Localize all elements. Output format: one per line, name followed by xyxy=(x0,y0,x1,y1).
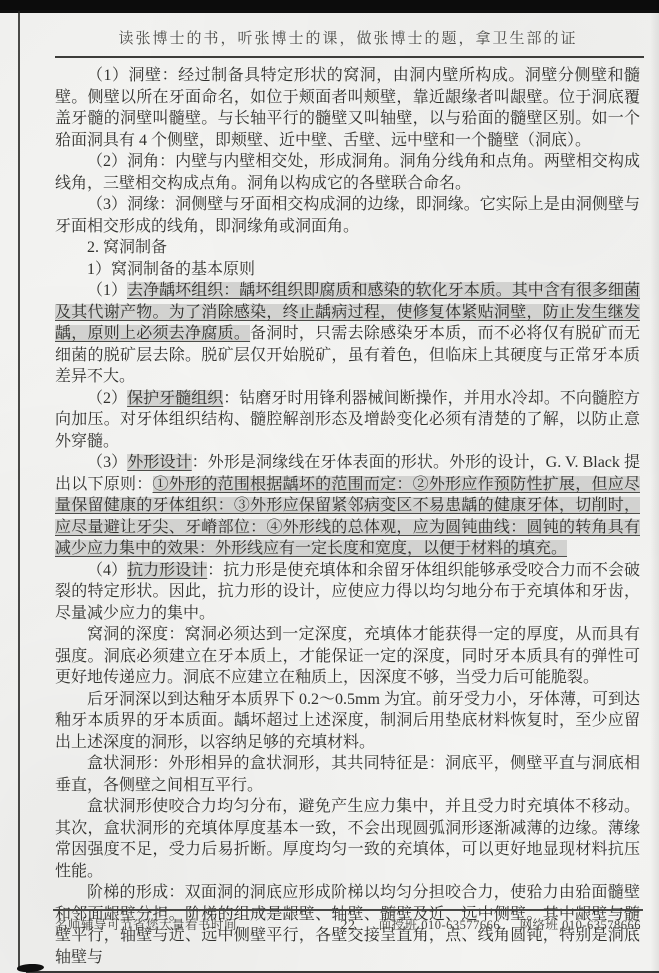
scan-edge-right-shade xyxy=(650,0,659,973)
paragraph: （2）洞角：内壁与内壁相交处，形成洞角。洞角分线角和点角。两壁相交构成线角，三壁… xyxy=(55,151,640,194)
paragraph: 1）窝洞制备的基本原则 xyxy=(55,259,640,281)
footer-contact-online-label: 网络班 xyxy=(519,918,558,932)
scanned-page: 读张博士的书，听张博士的课，做张博士的题，拿卫生部的证 （1）洞壁：经过制备具特… xyxy=(0,0,659,973)
paragraph: 2. 窝洞制备 xyxy=(55,237,640,259)
paragraph: 窝洞的深度：窝洞必须达到一定深度，充填体才能获得一定的厚度，从而具有强度。洞底必… xyxy=(55,624,640,689)
page-header: 读张博士的书，听张博士的课，做张博士的题，拿卫生部的证 xyxy=(55,27,641,48)
text-run: （3） xyxy=(87,454,127,471)
text-run: （4） xyxy=(87,562,127,579)
paragraph: 后牙洞深以到达釉牙本质界下 0.2～0.5mm 为宜。前牙受力小，牙体薄，可到达… xyxy=(55,689,640,754)
footer-contact-online-phone: 010-63578666 xyxy=(562,918,641,932)
paragraph: （4）抗力形设计：抗力形是使充填体和余留牙体组织能够承受咬合力而不会破裂的特定形… xyxy=(55,560,640,625)
footer-contact-face-label: 面授班 xyxy=(379,918,418,932)
document-body: （1）洞壁：经过制备具特定形状的窝洞，由洞内壁所构成。洞壁分侧壁和髓壁。侧壁以所… xyxy=(55,65,640,968)
highlighted-text: 外形设计 xyxy=(127,454,191,471)
header-slogan: 读张博士的书，听张博士的课，做张博士的题，拿卫生部的证 xyxy=(118,31,577,47)
paragraph: （2）保护牙髓组织：钻磨牙时用锋利器械间断操作，并用水冷却。不向髓腔方向加压。对… xyxy=(55,388,640,453)
header-rule xyxy=(55,56,644,58)
paragraph: （1）去净龋坏组织：龋坏组织即腐质和感染的软化牙本质。其中含有很多细菌及其代谢产… xyxy=(55,280,640,388)
paragraph: 盒状洞形使咬合力均匀分布，避免产生应力集中，并且受力时充填体不移动。其次，盒状洞… xyxy=(55,796,640,882)
footer-contact-face-phone: 010-63577666 xyxy=(421,918,500,932)
scan-edge-left-line xyxy=(18,11,20,969)
footer-contacts: 面授班 010-63577666 网络班 010-63578666 xyxy=(364,915,642,933)
text-run: （2）洞角：内壁与内壁相交处，形成洞角。洞角分线角和点角。两壁相交构成线角，三壁… xyxy=(55,153,640,192)
highlighted-text: 保护牙髓组织 xyxy=(127,390,223,407)
page-footer: 名师辅导可节省您大量看书时间 22 面授班 010-63577666 网络班 0… xyxy=(55,915,641,934)
footer-rule xyxy=(53,909,643,911)
text-run: （2） xyxy=(87,390,127,407)
text-run: 2. 窝洞制备 xyxy=(87,239,167,256)
text-run: （1） xyxy=(87,282,127,299)
text-run: 窝洞的深度：窝洞必须达到一定深度，充填体才能获得一定的厚度，从而具有强度。洞底必… xyxy=(55,626,640,686)
text-run: 后牙洞深以到达釉牙本质界下 0.2～0.5mm 为宜。前牙受力小，牙体薄，可到达… xyxy=(55,691,640,751)
highlighted-text: 抗力形设计 xyxy=(127,562,207,579)
paragraph: 盒状洞形：外形相异的盒状洞形，其共同特征是：洞底平，侧壁平直与洞底相垂直，各侧壁… xyxy=(55,753,640,796)
text-run: 盒状洞形：外形相异的盒状洞形，其共同特征是：洞底平，侧壁平直与洞底相垂直，各侧壁… xyxy=(55,755,640,794)
paragraph: （1）洞壁：经过制备具特定形状的窝洞，由洞内壁所构成。洞壁分侧壁和髓壁。侧壁以所… xyxy=(55,65,640,151)
footer-slogan: 名师辅导可节省您大量看书时间 xyxy=(55,915,333,933)
page-number: 22 xyxy=(333,918,364,934)
text-run: 1）窝洞制备的基本原则 xyxy=(87,261,255,278)
scan-edge-top xyxy=(0,0,659,13)
paragraph: （3）洞缘：洞侧壁与牙面相交构成洞的边缘，即洞缘。它实际上是由洞侧壁与牙面相交形… xyxy=(55,194,640,237)
paragraph: （3）外形设计：外形是洞缘线在牙体表面的形状。外形的设计，G. V. Black… xyxy=(55,452,640,560)
text-run: 盒状洞形使咬合力均匀分布，避免产生应力集中，并且受力时充填体不移动。其次，盒状洞… xyxy=(55,798,640,880)
text-run: （3）洞缘：洞侧壁与牙面相交构成洞的边缘，即洞缘。它实际上是由洞侧壁与牙面相交形… xyxy=(55,196,640,235)
text-run: （1）洞壁：经过制备具特定形状的窝洞，由洞内壁所构成。洞壁分侧壁和髓壁。侧壁以所… xyxy=(55,67,640,149)
